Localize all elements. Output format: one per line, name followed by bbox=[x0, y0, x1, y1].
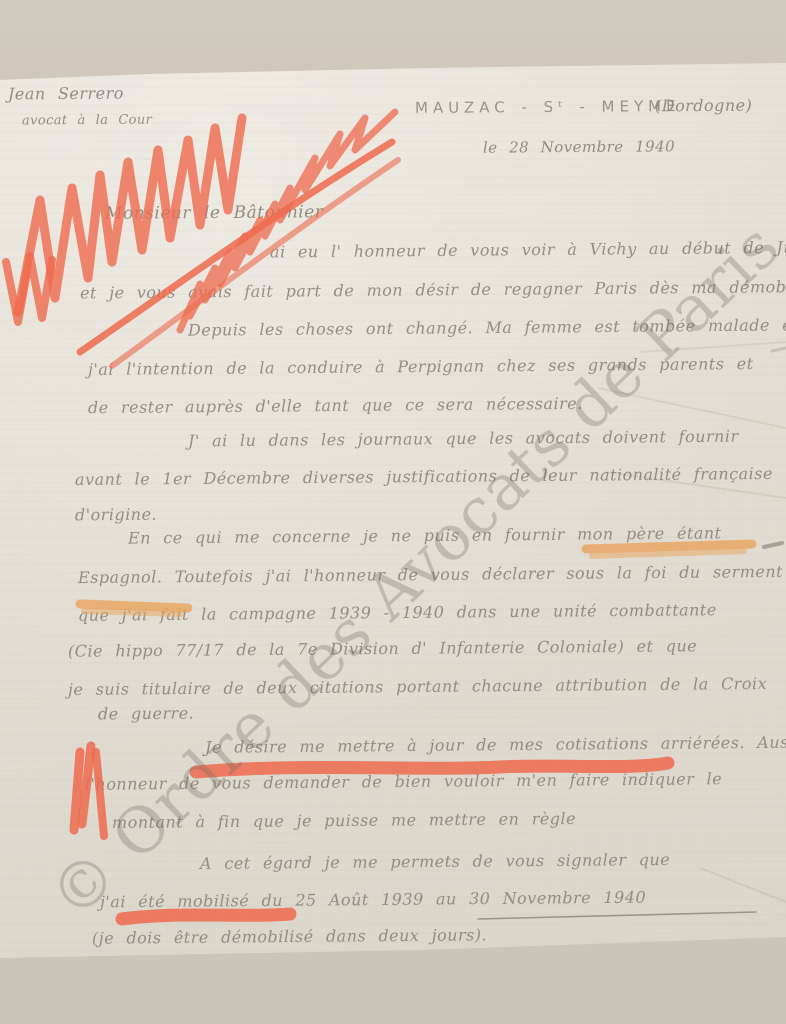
orange-underline-pere-etant bbox=[592, 551, 744, 556]
letter-line: ai eu l' honneur de vous voir à Vichy au… bbox=[270, 238, 786, 262]
red-margin-mark bbox=[96, 752, 104, 836]
letter-line: que j'ai fait la campagne 1939 - 1940 da… bbox=[78, 600, 717, 625]
letter-line: de rester auprès d'elle tant que ce sera… bbox=[88, 394, 583, 417]
letter-line: je suis titulaire de deux citations port… bbox=[68, 674, 767, 699]
red-scrawl-tail bbox=[6, 256, 52, 322]
letter-page: Jean Serrero avocat à la Cour MAUZAC - S… bbox=[0, 0, 786, 1024]
letter-line: avant le 1er Décembre diverses justifica… bbox=[75, 464, 773, 489]
sender-title: avocat à la Cour bbox=[22, 113, 152, 129]
crease-line bbox=[598, 388, 786, 428]
crease-line bbox=[640, 342, 786, 352]
dateline-place: MAUZAC - Sᵗ - MEYME bbox=[415, 97, 681, 117]
orange-underline-pere-etant bbox=[586, 544, 752, 549]
letter-line: montant à fin que je puisse me mettre en… bbox=[112, 809, 576, 832]
edge-fold-mark bbox=[764, 543, 782, 547]
letter-line: Je désire me mettre à jour de mes cotisa… bbox=[205, 732, 786, 757]
edge-fold-mark bbox=[772, 348, 786, 351]
pencil-underline-date bbox=[478, 912, 756, 919]
letter-line: j'ai l'intention de la conduire à Perpig… bbox=[88, 354, 754, 379]
letter-line: j'ai été mobilisé du 25 Août 1939 au 30 … bbox=[100, 888, 646, 912]
letter-line: d'origine. bbox=[75, 505, 157, 525]
letter-line: de guerre. bbox=[98, 704, 194, 724]
crease-line bbox=[700, 868, 786, 902]
letter-line: En ce qui me concerne je ne puis en four… bbox=[128, 523, 722, 547]
letter-line: (Cie hippo 77/17 de la 7e Division d' In… bbox=[68, 636, 697, 660]
letter-line: l'honneur de vous demander de bien voulo… bbox=[85, 769, 722, 794]
letter-line: J' ai lu dans les journaux que les avoca… bbox=[188, 427, 739, 451]
letter-line: et je vous avais fait part de mon désir … bbox=[80, 277, 786, 303]
sender-name: Jean Serrero bbox=[8, 84, 124, 104]
dateline-place-suffix: (Dordogne) bbox=[655, 96, 752, 116]
red-underline-mobilise bbox=[122, 914, 290, 919]
letter-line: A cet égard je me permets de vous signal… bbox=[200, 850, 670, 873]
salutation: Monsieur le Bâtonnier bbox=[105, 202, 324, 224]
letter-line: Depuis les choses ont changé. Ma femme e… bbox=[188, 315, 786, 339]
dateline-date: le 28 Novembre 1940 bbox=[483, 137, 675, 156]
letter-line: Espagnol. Toutefois j'ai l'honneur de vo… bbox=[78, 562, 783, 587]
letter-line: (je dois être démobilisé dans deux jours… bbox=[92, 925, 487, 947]
red-margin-mark bbox=[74, 752, 80, 830]
scan-stage: Jean Serrero avocat à la Cour MAUZAC - S… bbox=[0, 0, 786, 1024]
